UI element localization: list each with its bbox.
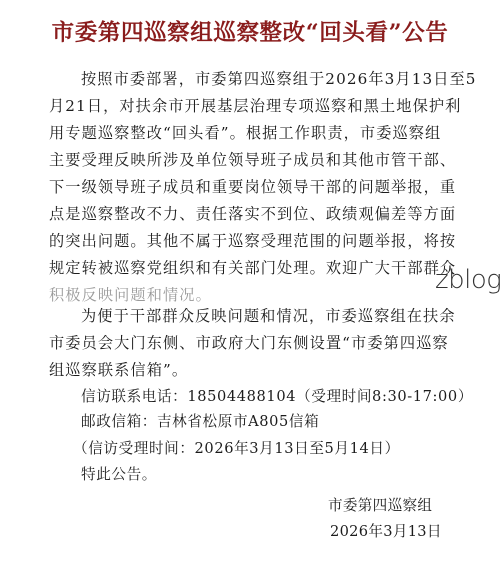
contact-mailbox: 邮政信箱：吉林省松原市A805信箱 [81,408,319,435]
watermark: zblog [435,265,500,295]
text-line: 组巡察联系信箱”。 [49,357,459,384]
signature-date: 2026年3月13日 [330,520,442,541]
signature-organization: 市委第四巡察组 [328,494,432,515]
text-line: 市委员会大门东侧、市政府大门东侧设置“市委第四巡察 [49,330,459,357]
acceptance-period: （信访受理时间：2026年3月13日至5月14日） [73,435,400,462]
text-line: 下一级领导班子成员和重要岗位领导干部的问题举报，重 [49,174,459,201]
closing-statement: 特此公告。 [81,461,157,488]
text-line: 点是巡察整改不力、责任落实不到位、政绩观偏差等方面 [49,201,459,228]
text-line: 的突出问题。其他不属于巡察受理范围的问题举报，将按 [49,228,459,255]
notice-title: 市委第四巡察组巡察整改“回头看”公告 [0,15,500,47]
paragraph-mailbox-setup: 为便于干部群众反映问题和情况，市委巡察组在扶余 市委员会大门东侧、市政府大门东侧… [49,303,459,384]
paragraph-inspection-scope: 按照市委部署，市委第四巡察组于2026年3月13日至5 月21日，对扶余市开展基… [49,66,459,309]
text-line: 为便于干部群众反映问题和情况，市委巡察组在扶余 [49,303,459,330]
text-line: 月21日，对扶余市开展基层治理专项巡察和黑土地保护利 [49,93,459,120]
contact-phone: 信访联系电话：18504488104（受理时间8:30-17:00） [81,383,473,410]
text-line: 规定转被巡察党组织和有关部门处理。欢迎广大干部群众 [49,255,459,282]
text-line: 按照市委部署，市委第四巡察组于2026年3月13日至5 [49,66,459,93]
text-line: 用专题巡察整改“回头看”。根据工作职责，市委巡察组 [49,120,459,147]
text-line: 主要受理反映所涉及单位领导班子成员和其他市管干部、 [49,147,459,174]
